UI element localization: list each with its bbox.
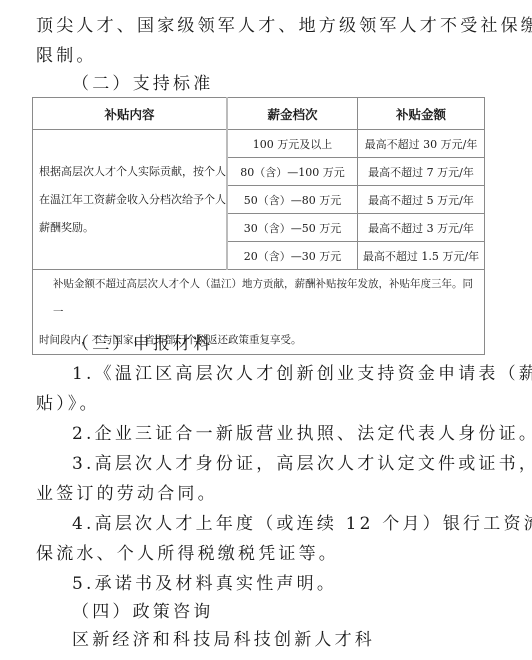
- material-item-1-line-2: 贴）》。: [36, 394, 100, 414]
- material-item-4-line-2: 保流水、个人所得税缴税凭证等。: [36, 544, 339, 564]
- subsidy-description: 根据高层次人才个人实际贡献，按个人 在温江年工资薪金收入分档次给予个人 薪酬奖励…: [33, 130, 228, 270]
- subsidy-amount: 最高不超过 3 万元/年: [358, 214, 485, 242]
- material-item-1-line-1: 1.《温江区高层次人才创新创业支持资金申请表（薪酬补: [72, 364, 532, 384]
- section-4-heading: （四）政策咨询: [72, 602, 213, 622]
- subsidy-amount: 最高不超过 7 万元/年: [358, 158, 485, 186]
- description-line: 在温江年工资薪金收入分档次给予个人: [39, 186, 226, 214]
- header-subsidy-amount: 补贴金额: [358, 98, 485, 130]
- consult-department: 区新经济和科技局科技创新人才科: [72, 630, 375, 650]
- material-item-2: 2.企业三证合一新版营业执照、法定代表人身份证。: [72, 424, 532, 444]
- material-item-3-line-1: 3.高层次人才身份证，高层次人才认定文件或证书，与企: [72, 454, 532, 474]
- description-line: 薪酬奖励。: [39, 214, 226, 242]
- subsidy-amount: 最高不超过 1.5 万元/年: [358, 242, 485, 270]
- material-item-5: 5.承诺书及材料真实性声明。: [72, 574, 337, 594]
- salary-tier: 20（含）—30 万元: [227, 242, 358, 270]
- support-standard-table: 补贴内容 薪金档次 补贴金额 根据高层次人才个人实际贡献，按个人 在温江年工资薪…: [32, 97, 485, 355]
- material-item-3-line-2: 业签订的劳动合同。: [36, 484, 218, 504]
- table-row: 根据高层次人才个人实际贡献，按个人 在温江年工资薪金收入分档次给予个人 薪酬奖励…: [33, 130, 485, 158]
- intro-line-2: 限制。: [36, 46, 97, 66]
- note-line: 补贴金额不超过高层次人才个人（温江）地方贡献，薪酬补贴按年发放，补贴年度三年。同…: [39, 270, 478, 326]
- description-line: 根据高层次人才个人实际贡献，按个人: [39, 158, 226, 186]
- salary-tier: 100 万元及以上: [227, 130, 358, 158]
- salary-tier: 50（含）—80 万元: [227, 186, 358, 214]
- intro-line-1: 顶尖人才、国家级领军人才、地方级领军人才不受社保缴纳地: [36, 16, 532, 36]
- header-salary-tier: 薪金档次: [227, 98, 358, 130]
- section-2-heading: （二）支持标准: [72, 74, 213, 94]
- section-3-heading: （三）申报材料: [72, 334, 213, 354]
- subsidy-amount: 最高不超过 5 万元/年: [358, 186, 485, 214]
- header-subsidy-content: 补贴内容: [33, 98, 228, 130]
- table-header-row: 补贴内容 薪金档次 补贴金额: [33, 98, 485, 130]
- material-item-4-line-1: 4.高层次人才上年度（或连续 12 个月）银行工资流水、社: [72, 514, 532, 534]
- salary-tier: 80（含）—100 万元: [227, 158, 358, 186]
- salary-tier: 30（含）—50 万元: [227, 214, 358, 242]
- subsidy-amount: 最高不超过 30 万元/年: [358, 130, 485, 158]
